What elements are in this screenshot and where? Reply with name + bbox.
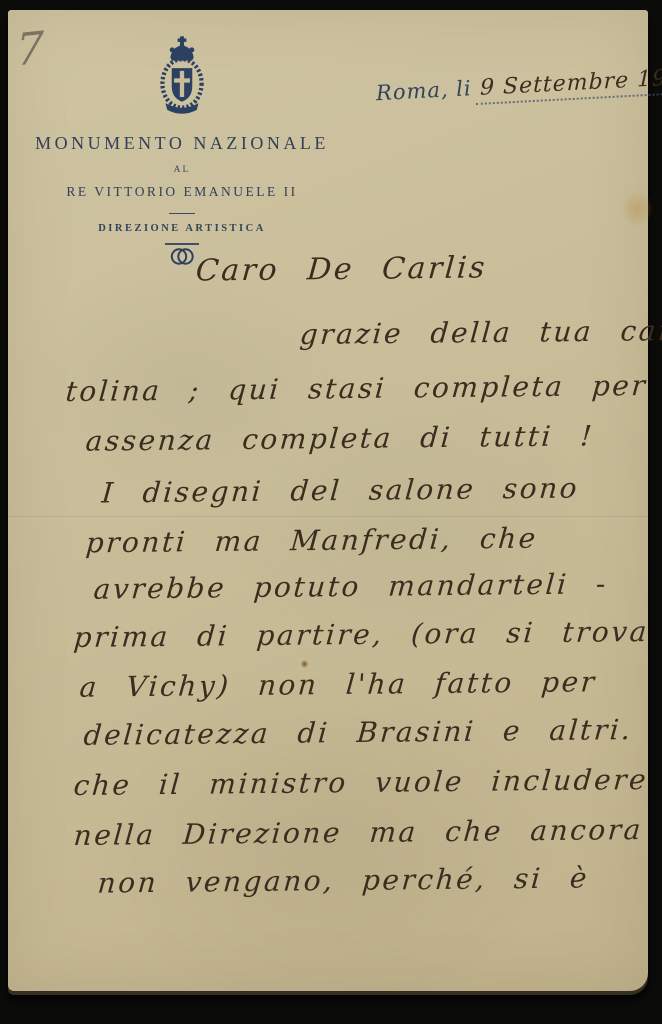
royal-crest-icon [154, 36, 210, 121]
letterhead: MONUMENTO NAZIONALE AL RE VITTORIO EMANU… [14, 36, 350, 274]
double-circle-ornament-icon [159, 241, 205, 274]
dateline-printed-prefix: Roma, li [375, 76, 472, 105]
fold-crease [8, 516, 648, 519]
department-name: DIREZIONE ARTISTICA [98, 223, 266, 234]
org-name-line3: RE VITTORIO EMANUELE II [66, 184, 297, 200]
scanned-letter-page: 7 [0, 0, 662, 1024]
dateline-handwritten-date: 9 Settembre 1925 [475, 64, 662, 105]
edge-stain [624, 192, 650, 226]
dateline: Roma, li 9 Settembre 1925 [375, 67, 652, 110]
org-name-line1: MONUMENTO NAZIONALE [35, 133, 329, 154]
org-name-line2: AL [174, 165, 191, 175]
letterhead-divider [169, 213, 195, 214]
ink-stain [301, 660, 308, 668]
letter-paper: 7 [8, 10, 648, 991]
